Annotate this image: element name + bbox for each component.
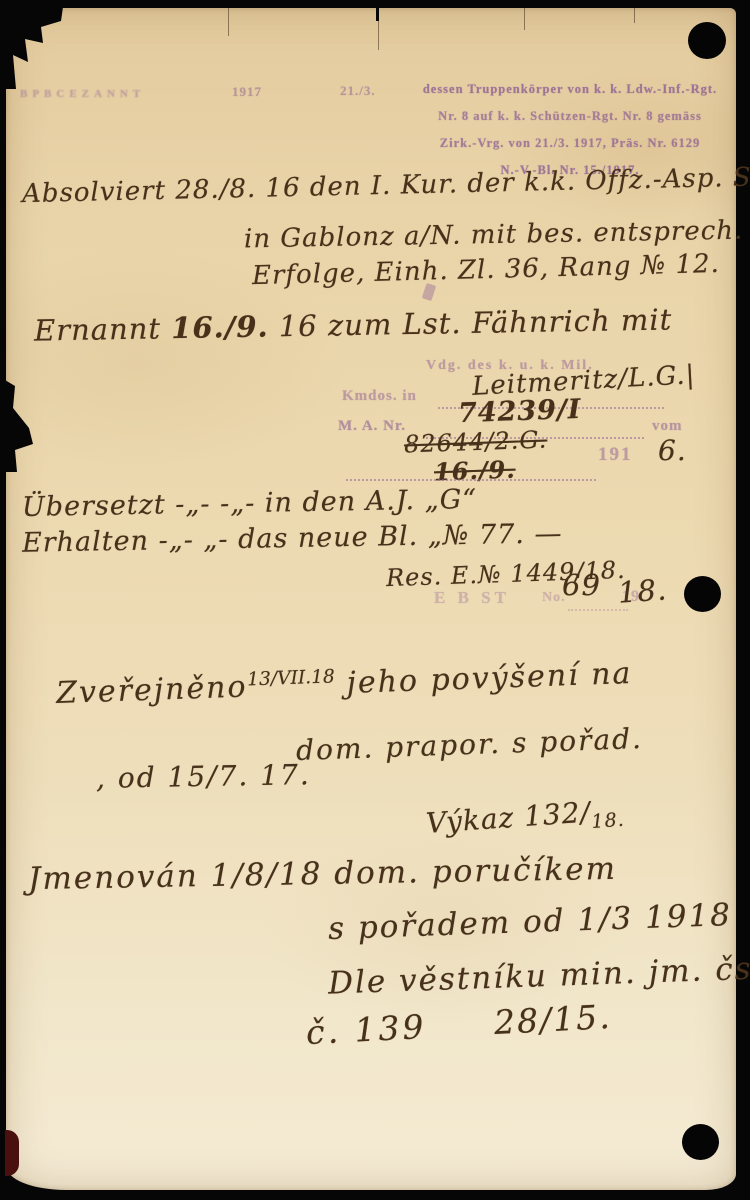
- entry-datum-final: 28/15.: [493, 997, 612, 1042]
- fillin-ebst-no: 69: [562, 568, 601, 602]
- transfer-stamp-line: Nr. 8 auf k. k. Schützen-Rgt. Nr. 8 gemä…: [394, 103, 746, 130]
- fillin-date-struck: 16./9.: [434, 455, 517, 487]
- transfer-stamp-line: Zirk.-Vrg. von 21./3. 1917, Präs. Nr. 61…: [394, 130, 746, 157]
- entry-absolviert-line1: Absolviert 28./8. 16 den I. Kur. der k.k…: [22, 161, 750, 209]
- punch-hole-top: [688, 22, 726, 59]
- ebst-stamp: E B ST: [434, 588, 510, 608]
- entry-ernannt-pre: Ernannt: [34, 311, 172, 347]
- stamp-dotted-line: [346, 478, 596, 481]
- fillin-number-struck: 82644/2.G.: [404, 426, 548, 459]
- entry-uebersetzt: Übersetzt -„- -„- in den A.J. „G“: [22, 484, 478, 523]
- milkmdo-stamp-vom: vom: [652, 418, 683, 435]
- paper-crack: [524, 8, 525, 30]
- entry-erhalten: Erhalten -„- „- das neue Bl. „№ 77. —: [22, 518, 563, 558]
- entry-jmenovan: Jmenován 1/8/18 dom. poručíkem: [28, 851, 617, 897]
- milkmdo-stamp-191: 191: [598, 444, 633, 466]
- entry-cislo: č. 139: [305, 1007, 427, 1052]
- paper-crack: [228, 8, 229, 36]
- torn-notch-left: [5, 380, 37, 472]
- vykaz-text: Výkaz 132/: [425, 795, 592, 839]
- entry-absolviert-line2: in Gablonz a/N. mit bes. entsprech.: [244, 216, 744, 255]
- milkmdo-stamp-ma-nr: M. A. Nr.: [338, 418, 406, 435]
- transfer-stamp-line: dessen Truppenkörper von k. k. Ldw.-Inf.…: [394, 76, 746, 103]
- paper-crack: [634, 8, 635, 23]
- milkmdo-stamp-kmdos-in: Kmdos. in: [342, 388, 417, 405]
- entry-ernannt-date: 16./9.: [171, 309, 269, 345]
- stamp-year-1917: 1917: [232, 84, 262, 100]
- punch-hole-middle: [684, 576, 721, 612]
- punch-hole-bottom: [682, 1124, 719, 1160]
- entry-zverejneno-line3: , od 15/7. 17.: [96, 758, 311, 795]
- faded-stamp-text: BPBCEZANNT: [20, 88, 145, 100]
- entry-poradem: s pořadem od 1/3 1918: [327, 897, 732, 947]
- entry-vykaz: Výkaz 132/18.: [425, 793, 626, 844]
- entry-absolviert-line3: Erfolge, Einh. Zl. 36, Rang № 12.: [252, 249, 721, 291]
- entry-ernannt-post: 16 zum Lst. Fähnrich mit: [268, 302, 672, 343]
- entry-zverejneno-line2: dom. prapor. s pořad.: [296, 722, 644, 767]
- entry-ernannt: Ernannt 16./9. 16 zum Lst. Fähnrich mit: [34, 302, 673, 347]
- entry-zverejneno: Zveřejněno13/VII.18 jeho povýšení na: [56, 656, 633, 711]
- ink-mark: [376, 8, 379, 21]
- red-stain: [5, 1130, 19, 1176]
- fillin-year-digit: 6.: [658, 434, 687, 467]
- stamp-date-21-3: 21./3.: [340, 83, 376, 99]
- zverejneno-inserted-date: 13/VII.18: [247, 666, 335, 690]
- fillin-ebst-year: 18.: [617, 572, 668, 609]
- zverejneno-text2: jeho povýšení na: [346, 656, 633, 701]
- document-paper: BPBCEZANNT 1917 21./3. dessen Truppenkör…: [6, 8, 736, 1190]
- torn-corner-top-left: [5, 7, 65, 89]
- fillin-ma-number: 74239/I: [457, 394, 581, 429]
- zverejneno-text: Zveřejněno: [56, 669, 249, 711]
- entry-vestnik: Dle věstníku min. jm. čs.: [328, 950, 750, 1001]
- vykaz-year: 18.: [591, 809, 626, 833]
